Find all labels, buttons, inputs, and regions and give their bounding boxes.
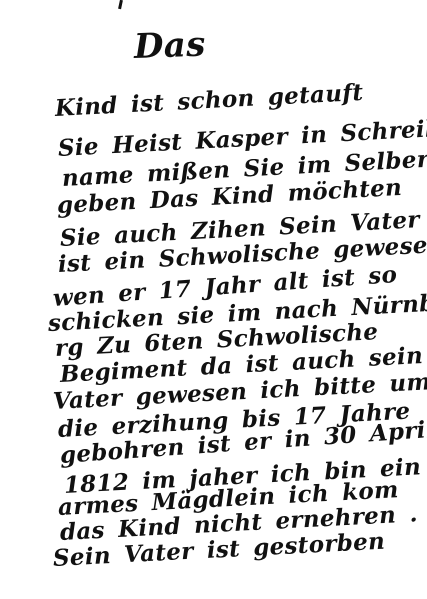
- stray-ink-mark: [118, 0, 123, 9]
- letter-title-word: Das: [133, 28, 206, 64]
- letter-line-1: Kind ist schon getauft: [54, 81, 363, 120]
- handwritten-letter-page: Das Kind ist schon getauft Sie Heist Kas…: [0, 0, 427, 599]
